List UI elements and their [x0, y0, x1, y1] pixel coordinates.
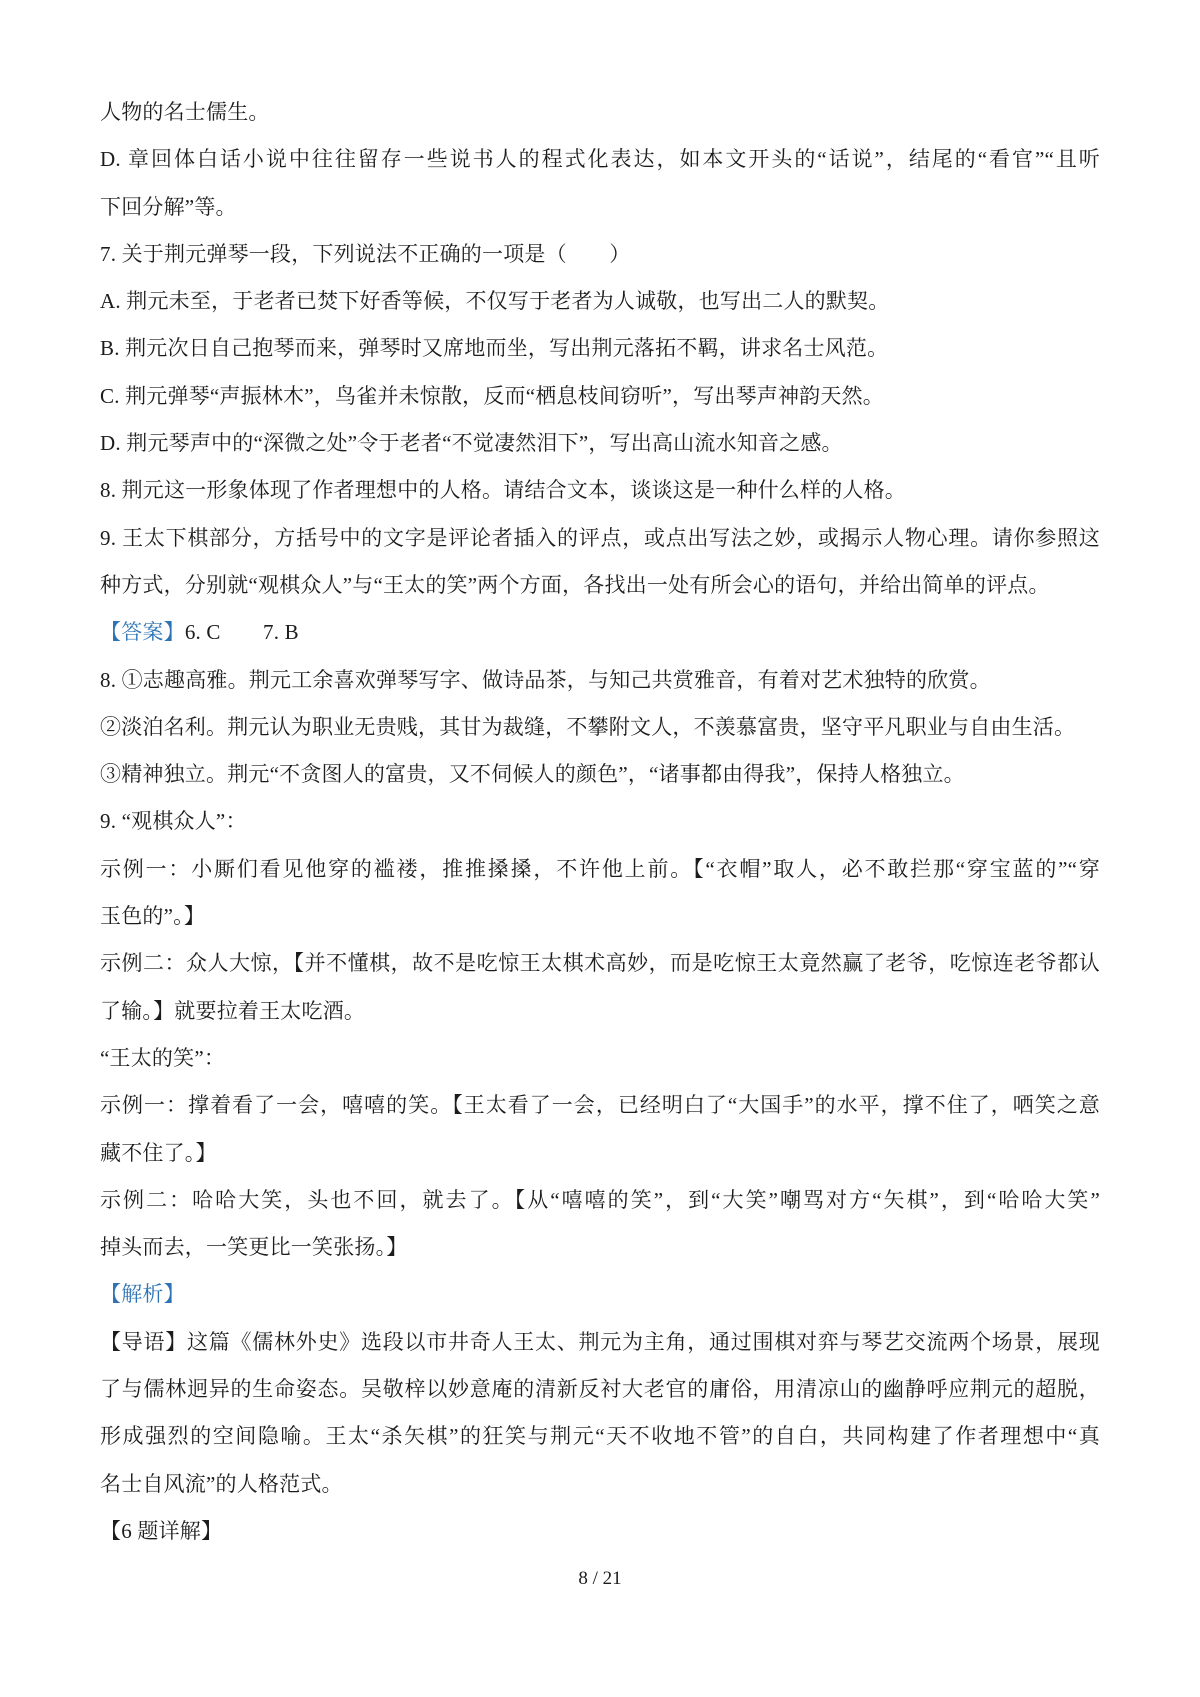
text-run: D. 荆元琴声中的“深微之处”令于老者“不觉凄然泪下”，写出高山流水知音之感。: [100, 431, 843, 455]
text-run: ②淡泊名利。荆元认为职业无贵贱，其甘为裁缝，不攀附文人，不羡慕富贵，坚守平凡职业…: [100, 715, 1075, 739]
analysis-label: 【解析】: [100, 1282, 185, 1306]
question-8: 8. 荆元这一形象体现了作者理想中的人格。请结合文本，谈谈这是一种什么样的人格。: [100, 467, 1100, 514]
option-d-q6-continuation: 下回分解”等。: [100, 184, 1100, 231]
question-9-continuation: 种方式，分别就“观棋众人”与“王太的笑”两个方面，各找出一处有所会心的语句，并给…: [100, 562, 1100, 609]
page-footer: 8 / 21: [0, 1560, 1200, 1598]
page-number: 8 / 21: [578, 1568, 621, 1589]
text-run: A. 荆元未至，于老者已焚下好香等候，不仅写于老者为人诚敬，也写出二人的默契。: [100, 289, 889, 313]
answer-8-point-2: ②淡泊名利。荆元认为职业无贵贱，其甘为裁缝，不攀附文人，不羡慕富贵，坚守平凡职业…: [100, 704, 1100, 751]
answer-values: 6. C 7. B: [185, 620, 299, 644]
text-run: 了输。】就要拉着王太吃酒。: [100, 999, 365, 1023]
text-run: 掉头而去，一笑更比一笑张扬。】: [100, 1235, 408, 1259]
answer-9-guanqi-example-1-continuation: 玉色的”。】: [100, 893, 1100, 940]
answer-label: 【答案】: [100, 620, 185, 644]
text-run: 示例二：众人大惊，【并不懂棋，故不是吃惊王太棋术高妙，而是吃惊王太竟然赢了老爷，…: [100, 951, 1100, 975]
text-run: 人物的名士儒生。: [100, 100, 270, 124]
detail-6-heading: 【6 题详解】: [100, 1508, 1100, 1555]
question-7: 7. 关于荆元弹琴一段，下列说法不正确的一项是（ ）: [100, 231, 1100, 278]
text-run: 名士自风流”的人格范式。: [100, 1472, 343, 1496]
text-run: 藏不住了。】: [100, 1141, 217, 1165]
answer-9-heading-wangtai-laugh: “王太的笑”：: [100, 1035, 1100, 1082]
answer-9-laugh-example-1: 示例一：撑着看了一会，嘻嘻的笑。【王太看了一会，已经明白了“大国手”的水平，撑不…: [100, 1082, 1100, 1129]
question-7-option-a: A. 荆元未至，于老者已焚下好香等候，不仅写于老者为人诚敬，也写出二人的默契。: [100, 278, 1100, 325]
answer-9-guanqi-example-1: 示例一：小厮们看见他穿的褴褛，推推搡搡，不许他上前。【“衣帽”取人，必不敢拦那“…: [100, 846, 1100, 893]
text-run: 【6 题详解】: [100, 1519, 222, 1543]
daoyu-paragraph-line-1: 【导语】这篇《儒林外史》选段以市井奇人王太、荆元为主角，通过围棋对弈与琴艺交流两…: [100, 1319, 1100, 1366]
text-run: 7. 关于荆元弹琴一段，下列说法不正确的一项是（ ）: [100, 242, 630, 266]
text-run: 示例一：小厮们看见他穿的褴褛，推推搡搡，不许他上前。【“衣帽”取人，必不敢拦那“…: [100, 857, 1100, 881]
text-run: “王太的笑”：: [100, 1046, 225, 1070]
text-run: 玉色的”。】: [100, 904, 205, 928]
text-run: 形成强烈的空间隐喻。王太“杀矢棋”的狂笑与荆元“天不收地不管”的自白，共同构建了…: [100, 1424, 1100, 1448]
paragraph-continuation: 人物的名士儒生。: [100, 89, 1100, 136]
text-run: 示例一：撑着看了一会，嘻嘻的笑。【王太看了一会，已经明白了“大国手”的水平，撑不…: [100, 1093, 1100, 1117]
text-run: 示例二：哈哈大笑，头也不回，就去了。【从“嘻嘻的笑”，到“大笑”嘲骂对方“矢棋”…: [100, 1188, 1100, 1212]
daoyu-paragraph-line-3: 形成强烈的空间隐喻。王太“杀矢棋”的狂笑与荆元“天不收地不管”的自白，共同构建了…: [100, 1413, 1100, 1460]
question-7-option-d: D. 荆元琴声中的“深微之处”令于老者“不觉凄然泪下”，写出高山流水知音之感。: [100, 420, 1100, 467]
question-9: 9. 王太下棋部分，方括号中的文字是评论者插入的评点，或点出写法之妙，或揭示人物…: [100, 515, 1100, 562]
daoyu-paragraph-line-4: 名士自风流”的人格范式。: [100, 1461, 1100, 1508]
answer-9-laugh-example-2: 示例二：哈哈大笑，头也不回，就去了。【从“嘻嘻的笑”，到“大笑”嘲骂对方“矢棋”…: [100, 1177, 1100, 1224]
text-run: 种方式，分别就“观棋众人”与“王太的笑”两个方面，各找出一处有所会心的语句，并给…: [100, 573, 1050, 597]
answer-line: 【答案】6. C 7. B: [100, 609, 1100, 656]
text-run: D. 章回体白话小说中往往留存一些说书人的程式化表达，如本文开头的“话说”，结尾…: [100, 147, 1100, 171]
question-7-option-b: B. 荆元次日自己抱琴而来，弹琴时又席地而坐，写出荆元落拓不羁，讲求名士风范。: [100, 325, 1100, 372]
text-run: 了与儒林迥异的生命姿态。吴敬梓以妙意庵的清新反衬大老官的庸俗，用清凉山的幽静呼应…: [100, 1377, 1100, 1401]
answer-9-laugh-example-2-continuation: 掉头而去，一笑更比一笑张扬。】: [100, 1224, 1100, 1271]
analysis-line: 【解析】: [100, 1271, 1100, 1318]
text-run: ③精神独立。荆元“不贪图人的富贵，又不伺候人的颜色”，“诸事都由得我”，保持人格…: [100, 762, 965, 786]
text-run: 【导语】这篇《儒林外史》选段以市井奇人王太、荆元为主角，通过围棋对弈与琴艺交流两…: [100, 1330, 1100, 1354]
option-d-q6: D. 章回体白话小说中往往留存一些说书人的程式化表达，如本文开头的“话说”，结尾…: [100, 136, 1100, 183]
document-text-block: 人物的名士儒生。D. 章回体白话小说中往往留存一些说书人的程式化表达，如本文开头…: [100, 89, 1100, 1555]
question-7-option-c: C. 荆元弹琴“声振林木”，鸟雀并未惊散，反而“栖息枝间窃听”，写出琴声神韵天然…: [100, 373, 1100, 420]
text-run: 9. 王太下棋部分，方括号中的文字是评论者插入的评点，或点出写法之妙，或揭示人物…: [100, 526, 1100, 550]
answer-8-point-3: ③精神独立。荆元“不贪图人的富贵，又不伺候人的颜色”，“诸事都由得我”，保持人格…: [100, 751, 1100, 798]
text-run: C. 荆元弹琴“声振林木”，鸟雀并未惊散，反而“栖息枝间窃听”，写出琴声神韵天然…: [100, 384, 884, 408]
answer-9-guanqi-example-2-continuation: 了输。】就要拉着王太吃酒。: [100, 988, 1100, 1035]
text-run: 8. ①志趣高雅。荆元工余喜欢弹琴写字、做诗品茶，与知己共赏雅音，有着对艺术独特…: [100, 668, 991, 692]
answer-8-point-1: 8. ①志趣高雅。荆元工余喜欢弹琴写字、做诗品茶，与知己共赏雅音，有着对艺术独特…: [100, 657, 1100, 704]
daoyu-paragraph-line-2: 了与儒林迥异的生命姿态。吴敬梓以妙意庵的清新反衬大老官的庸俗，用清凉山的幽静呼应…: [100, 1366, 1100, 1413]
text-run: B. 荆元次日自己抱琴而来，弹琴时又席地而坐，写出荆元落拓不羁，讲求名士风范。: [100, 336, 888, 360]
answer-9-laugh-example-1-continuation: 藏不住了。】: [100, 1130, 1100, 1177]
text-run: 下回分解”等。: [100, 195, 237, 219]
answer-9-heading-guanqi: 9. “观棋众人”：: [100, 798, 1100, 845]
text-run: 9. “观棋众人”：: [100, 809, 247, 833]
text-run: 8. 荆元这一形象体现了作者理想中的人格。请结合文本，谈谈这是一种什么样的人格。: [100, 478, 906, 502]
answer-9-guanqi-example-2: 示例二：众人大惊，【并不懂棋，故不是吃惊王太棋术高妙，而是吃惊王太竟然赢了老爷，…: [100, 940, 1100, 987]
